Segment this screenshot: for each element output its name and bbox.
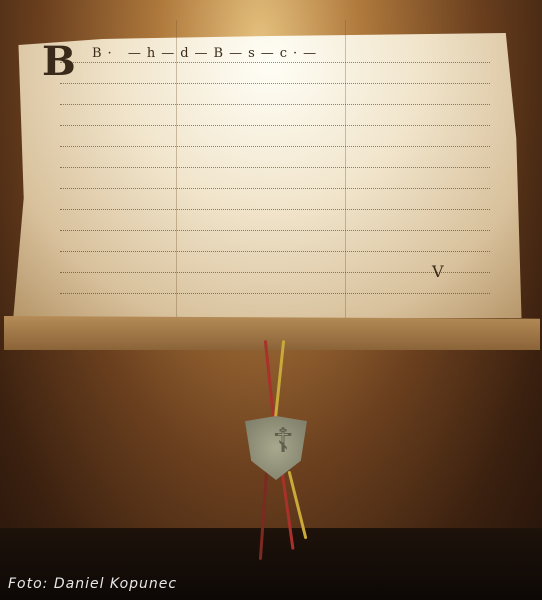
text-line [60,293,490,295]
text-line [60,272,490,274]
double-cross-icon: ☦ [272,424,294,458]
text-line [60,125,490,127]
charter-header-text: B· —h—d—B—s—c·— [92,46,322,61]
text-line [60,230,490,232]
text-line [60,62,490,64]
text-line [60,146,490,148]
text-line [60,209,490,211]
text-line [60,83,490,85]
text-line [60,188,490,190]
charter-plica-fold [4,316,540,350]
photo-credit: Foto: Daniel Kopunec [8,576,177,592]
charter-text-block [60,62,490,314]
closing-mark: V [432,262,444,281]
text-line [60,167,490,169]
text-line [60,104,490,106]
text-line [60,251,490,253]
